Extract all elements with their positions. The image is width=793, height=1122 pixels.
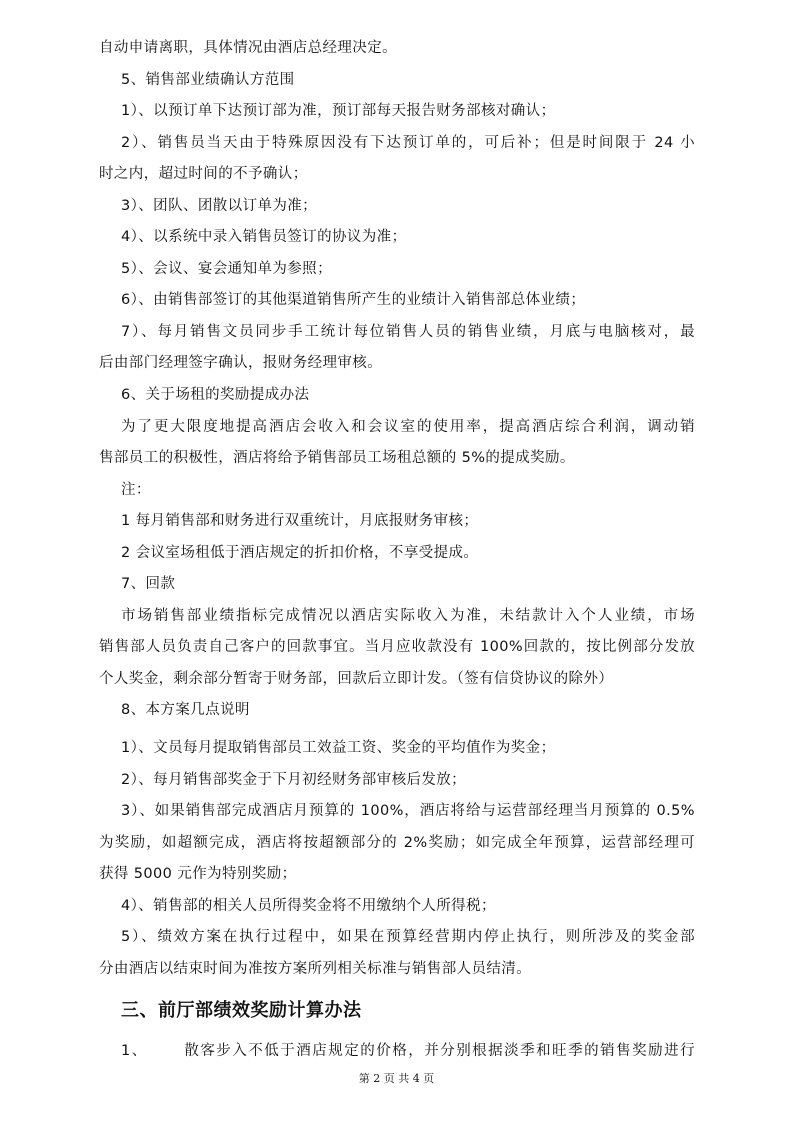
list-item: 1）、以预订单下达预订部为准，预订部每天报告财务部核对确认； [121, 101, 555, 121]
list-item: 3）、团队、团散以订单为准； [121, 196, 317, 216]
note-label: 注： [121, 480, 151, 500]
subsection-title: 5、销售部业绩确认方范围 [121, 70, 295, 90]
list-item: 5）、会议、宴会通知单为参照； [121, 259, 332, 279]
list-item: 2）、每月销售部奖金于下月初经财务部审核后发放； [121, 770, 466, 790]
paragraph-line: 售部员工的积极性，酒店将给予销售部员工场租总额的 5%的提成奖励。 [99, 448, 575, 468]
subsection-title: 6、关于场租的奖励提成办法 [121, 385, 309, 405]
list-item: 2）、销售员当天由于特殊原因没有下达预订单的，可后补；但是时间限于 24 小 [121, 133, 695, 153]
list-item: 7）、每月销售文员同步手工统计每位销售人员的销售业绩，月底与电脑核对，最 [121, 322, 695, 342]
list-item: 5）、绩效方案在执行过程中，如果在预算经营期内停止执行，则所涉及的奖金部 [121, 927, 695, 947]
list-item-continuation: 为奖励，如超额完成，酒店将按超额部分的 2%奖励；如完成全年预算，运营部经理可 [99, 833, 695, 853]
list-item: 4）、销售部的相关人员所得奖金将不用缴纳个人所得税； [121, 896, 496, 916]
paragraph-line: 个人奖金，剩余部分暂寄于财务部，回款后立即计发。（签有信贷协议的除外） [99, 669, 613, 689]
list-item-continuation: 时之内，超过时间的不予确认； [99, 164, 308, 184]
page-footer: 第 2 页 共 4 页 [0, 1071, 793, 1087]
subsection-title: 7、回款 [121, 574, 175, 594]
list-item: 4）、以系统中录入销售员签订的协议为准； [121, 227, 406, 247]
note-item: 1 每月销售部和财务进行双重统计，月底报财务审核； [121, 511, 478, 531]
list-item: 1、 散客步入不低于酒店规定的价格，并分别根据淡季和旺季的销售奖励进行 [121, 1041, 695, 1061]
list-item: 3）、如果销售部完成酒店月预算的 100%，酒店将给与运营部经理当月预算的 0.… [121, 801, 695, 821]
paragraph-line: 市场销售部业绩指标完成情况以酒店实际收入为准，未结款计入个人业绩，市场 [121, 606, 695, 626]
subsection-title: 8、本方案几点说明 [121, 700, 250, 720]
list-item-continuation: 后由部门经理签字确认，报财务经理审核。 [99, 353, 382, 373]
section-heading: 三、前厅部绩效奖励计算办法 [121, 999, 362, 1023]
paragraph-line: 为了更大限度地提高酒店会收入和会议室的使用率，提高酒店综合利润，调动销 [121, 417, 695, 437]
document-page: 自动申请离职，具体情况由酒店总经理决定。 5、销售部业绩确认方范围 1）、以预订… [0, 0, 793, 1122]
list-item: 1）、文员每月提取销售部员工效益工资、奖金的平均值作为奖金； [121, 738, 555, 758]
note-item: 2 会议室场租低于酒店规定的折扣价格，不享受提成。 [121, 543, 478, 563]
list-item-continuation: 获得 5000 元作为特别奖励； [99, 864, 297, 884]
list-item-continuation: 分由酒店以结束时间为准按方案所列相关标准与销售部人员结清。 [99, 959, 531, 979]
paragraph-line: 销售部人员负责自己客户的回款事宜。当月应收款没有 100%回款的，按比例部分发放 [99, 637, 695, 657]
list-item: 6）、由销售部签订的其他渠道销售所产生的业绩计入销售部总体业绩； [121, 290, 585, 310]
paragraph-line: 自动申请离职，具体情况由酒店总经理决定。 [99, 38, 397, 58]
